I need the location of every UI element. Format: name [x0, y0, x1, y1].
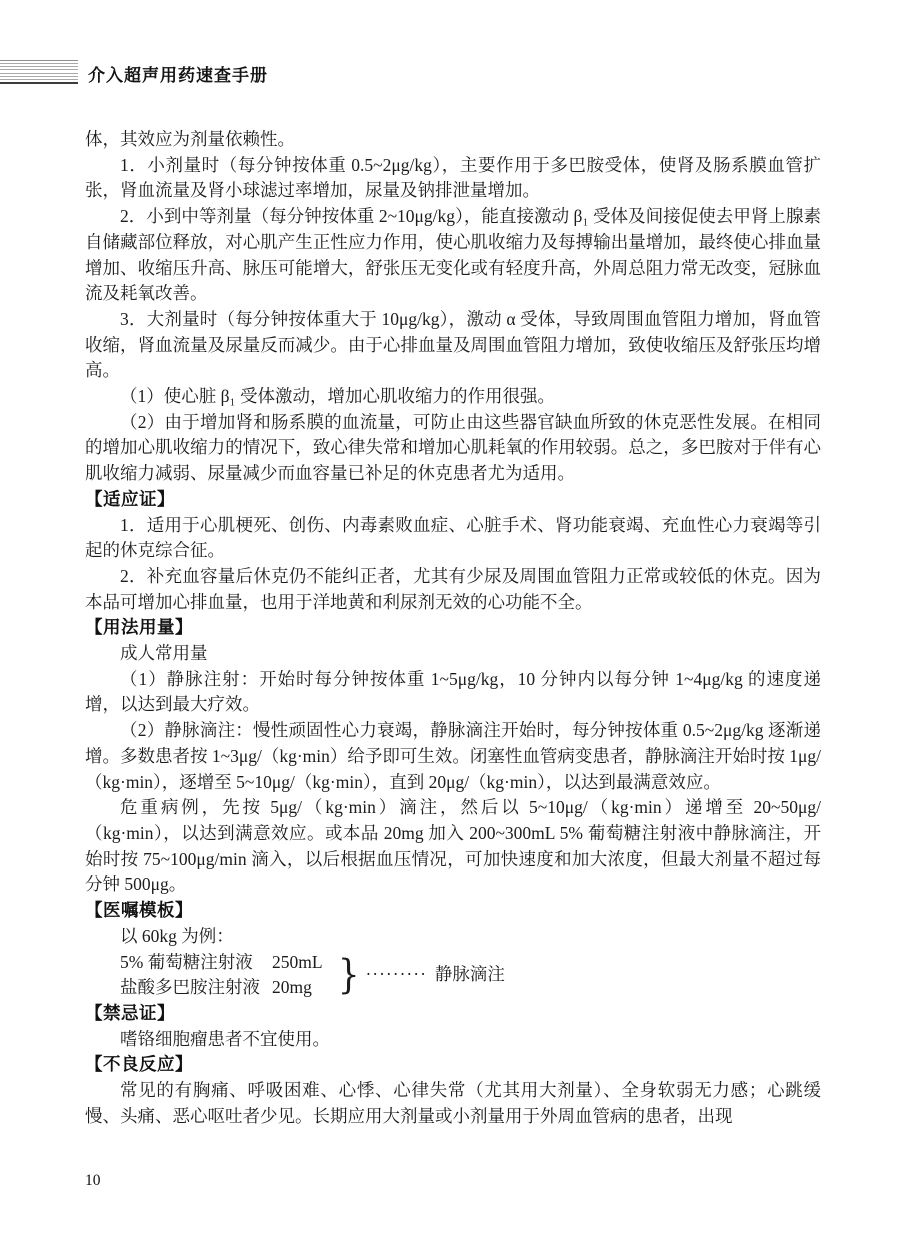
header-rule-decoration	[0, 60, 78, 84]
medical-order-figure: 5% 葡萄糖注射液 250mL 盐酸多巴胺注射液 20mg } ········…	[120, 950, 821, 1001]
paragraph-medium-dose: 2．小到中等剂量（每分钟按体重 2~10μg/kg），能直接激动 β₁ 受体及间…	[85, 204, 821, 307]
order-route-label: 静脉滴注	[435, 962, 505, 988]
paragraph-renal-flow-effect: （2）由于增加肾和肠系膜的血流量，可防止由这些器官缺血所致的休克恶性发展。在相同…	[85, 410, 821, 487]
paragraph-high-dose: 3．大剂量时（每分钟按体重大于 10μg/kg），激动 α 受体，导致周围血管阻…	[85, 307, 821, 384]
section-heading-order-template: 【医嘱模板】	[85, 898, 821, 924]
paragraph-intro-continuation: 体，其效应为剂量依赖性。	[85, 127, 821, 153]
order-row: 5% 葡萄糖注射液 250mL	[120, 950, 334, 976]
paragraph-indications-2: 2．补充血容量后休克仍不能纠正者，尤其有少尿及周围血管阻力正常或较低的休克。因为…	[85, 564, 821, 615]
dotted-leader: ·········	[365, 962, 426, 988]
page-number: 10	[85, 1172, 101, 1190]
paragraph-adult-usual-dose: 成人常用量	[85, 641, 821, 667]
order-drug-name: 盐酸多巴胺注射液	[120, 975, 272, 1001]
paragraph-critical-cases: 危重病例，先按 5μg/（kg·min）滴注，然后以 5~10μg/（kg·mi…	[85, 795, 821, 898]
paragraph-contraindications: 嗜铬细胞瘤患者不宜使用。	[85, 1027, 821, 1053]
book-page: 介入超声用药速查手册 体，其效应为剂量依赖性。 1．小剂量时（每分钟按体重 0.…	[0, 0, 900, 1245]
paragraph-iv-injection: （1）静脉注射：开始时每分钟按体重 1~5μg/kg，10 分钟内以每分钟 1~…	[85, 667, 821, 718]
right-brace-icon: }	[338, 951, 360, 999]
paragraph-adverse-reactions: 常见的有胸痛、呼吸困难、心悸、心律失常（尤其用大剂量）、全身软弱无力感；心跳缓慢…	[85, 1078, 821, 1129]
order-drug-amount: 20mg	[272, 975, 334, 1001]
order-drug-amount: 250mL	[272, 950, 334, 976]
order-route: ········· 静脉滴注	[365, 962, 504, 988]
running-header-title: 介入超声用药速查手册	[88, 61, 268, 86]
section-heading-contraindications: 【禁忌证】	[85, 1001, 821, 1027]
paragraph-iv-infusion: （2）静脉滴注：慢性顽固性心力衰竭，静脉滴注开始时，每分钟按体重 0.5~2μg…	[85, 718, 821, 795]
section-heading-indications: 【适应证】	[85, 487, 821, 513]
paragraph-indications-1: 1．适用于心肌梗死、创伤、内毒素败血症、心脏手术、肾功能衰竭、充血性心力衰竭等引…	[85, 513, 821, 564]
page-content: 体，其效应为剂量依赖性。 1．小剂量时（每分钟按体重 0.5~2μg/kg），主…	[85, 127, 821, 1129]
section-heading-adverse-reactions: 【不良反应】	[85, 1052, 821, 1078]
section-heading-dosage: 【用法用量】	[85, 615, 821, 641]
order-rows: 5% 葡萄糖注射液 250mL 盐酸多巴胺注射液 20mg	[120, 950, 334, 1001]
order-row: 盐酸多巴胺注射液 20mg	[120, 975, 334, 1001]
paragraph-example-intro: 以 60kg 为例：	[85, 924, 821, 950]
paragraph-low-dose: 1．小剂量时（每分钟按体重 0.5~2μg/kg），主要作用于多巴胺受体，使肾及…	[85, 153, 821, 204]
paragraph-beta1-effect: （1）使心脏 β₁ 受体激动，增加心肌收缩力的作用很强。	[85, 384, 821, 410]
order-drug-name: 5% 葡萄糖注射液	[120, 950, 272, 976]
